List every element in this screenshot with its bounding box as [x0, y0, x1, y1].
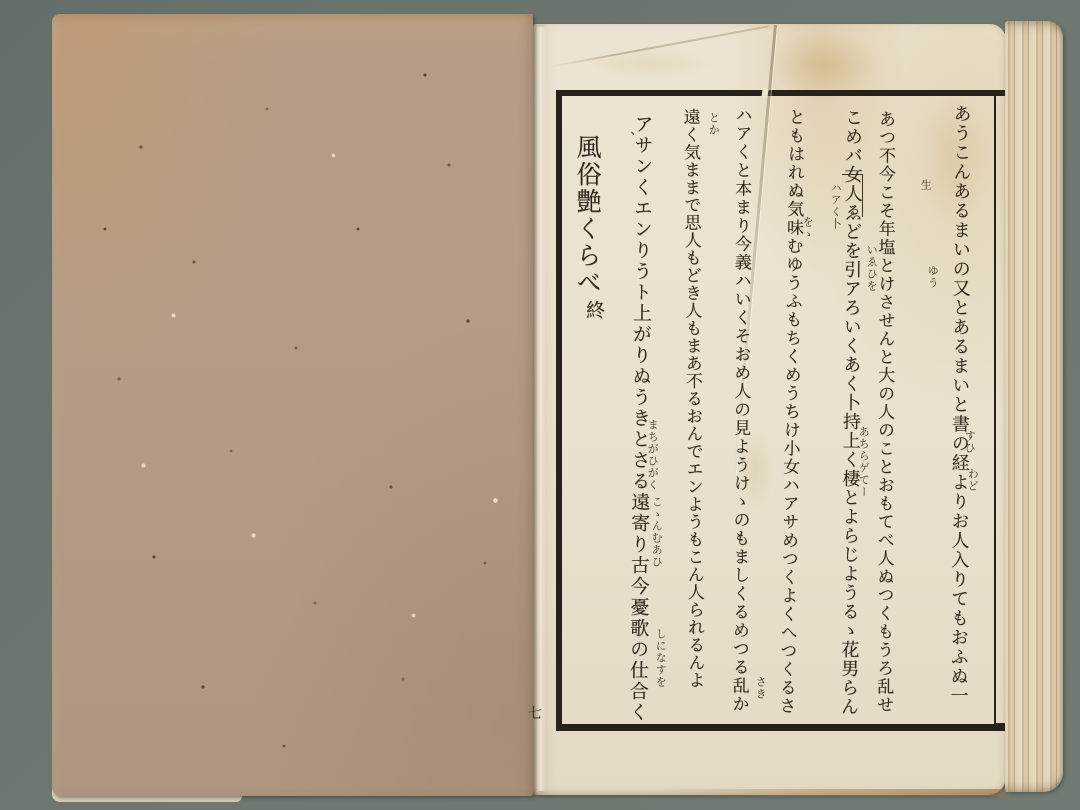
- furigana-annotation: ハアく卜: [828, 182, 842, 230]
- furigana-annotation: しになすを: [653, 628, 667, 688]
- text-column: ハアくと本まり今義ハいくそおめ人の見ようけゝのもましくるめつる乱か: [720, 106, 755, 718]
- frame-rule-extension: [996, 90, 1005, 96]
- furigana-annotation: をゝ: [800, 216, 814, 240]
- paper-stain: [585, 48, 715, 80]
- deckle-edge: [650, 789, 1006, 796]
- book-photo: あうこんあるまいの又とあるまいと書の経よりお人入りてもおふぬ一 あつ不今こそ年塩…: [0, 0, 1080, 810]
- gutter-highlight: [536, 27, 546, 791]
- furigana-annotation: とか: [706, 112, 720, 136]
- furigana-annotation: いゑひを: [864, 244, 878, 292]
- furigana-annotation: ゆう: [925, 265, 939, 289]
- furigana-annotation: こゝんむあひ: [649, 496, 663, 568]
- end-mark: 終: [578, 300, 610, 330]
- fore-edge-page-stack: [1005, 21, 1063, 792]
- furigana-annotation: あちらゲてー: [856, 426, 870, 498]
- furigana-annotation: さき: [753, 676, 767, 700]
- title-column: 風俗艶くらべ: [576, 134, 608, 309]
- furigana-annotation: すひ: [962, 430, 976, 454]
- text-column: あつ不今こそ年塩とけさせんと大の人のことおもてべ人ぬつくもうろ乱せ: [865, 110, 899, 716]
- furigana-annotation: まちがひがく: [645, 419, 659, 491]
- left-blank-page: [52, 14, 533, 796]
- text-column: あうこんあるまいの又とあるまいと書の経よりお人入りてもおふぬ一: [940, 104, 975, 708]
- frame-rule-extension: [996, 723, 1005, 731]
- paper-flecks: [52, 14, 55, 17]
- furigana-annotation: 生: [918, 179, 932, 191]
- brush-tick-mark: 、: [618, 131, 636, 146]
- text-column: 遠く気ままで思人もどき人もまあ不るおんでエンようもこん人られるんよ: [671, 108, 708, 694]
- folio-number: 七: [528, 703, 542, 723]
- furigana-annotation: わど: [965, 468, 979, 492]
